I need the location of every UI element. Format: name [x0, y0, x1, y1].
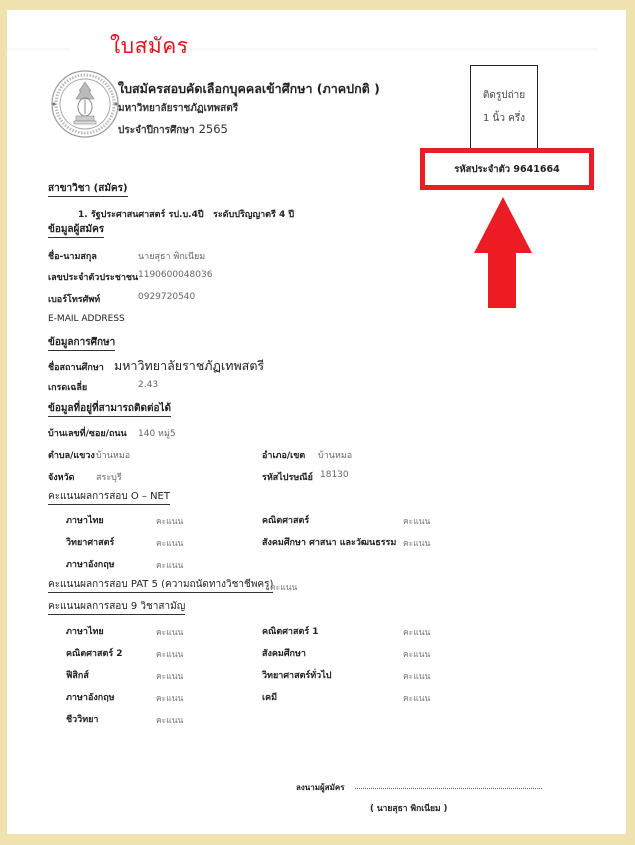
subject-label: เคมี — [262, 690, 277, 704]
subject-score: คะแนน — [403, 669, 430, 683]
university-seal-icon — [50, 69, 120, 139]
phone-value-text: 0929720540 — [138, 292, 195, 302]
subject-label-text: ภาษาอังกฤษ — [66, 560, 115, 570]
applicant-code-value: 9641664 — [513, 164, 559, 175]
subject-label: ภาษาอังกฤษ — [66, 557, 115, 571]
subject-score-text: คะแนน — [156, 694, 183, 704]
signature-name: ( นายสุธา พิกเนียม ) — [370, 801, 447, 815]
university-name: มหาวิทยาลัยราชภัฏเทพสตรี — [118, 101, 238, 116]
subject-label-text: ภาษาไทย — [66, 627, 104, 637]
postcode-value: 18130 — [320, 470, 349, 480]
subject-score-text: คะแนน — [156, 561, 183, 571]
subject-label: ฟิสิกส์ — [66, 668, 89, 682]
subject-label: ภาษาไทย — [66, 624, 104, 638]
phone-label-text: เบอร์โทรศัพท์ — [48, 295, 100, 305]
page-title: ใบสมัคร — [110, 30, 189, 63]
photo-placeholder: ติดรูปถ่าย 1 นิ้ว ครึ่ง — [470, 65, 538, 159]
degree-level: ระดับปริญญาตรี 4 ปี — [213, 207, 294, 221]
major-choice-text: 1. รัฐประศาสนศาสตร์ รป.บ.4ปี — [78, 210, 204, 220]
subject-score: คะแนน — [156, 514, 183, 528]
name-label-text: ชื่อ-นามสกุล — [48, 252, 97, 262]
signature-label-text: ลงนามผู้สมัคร — [296, 783, 345, 792]
subject-label-text: ชีววิทยา — [66, 715, 98, 725]
house-value-text: 140 หมู่5 — [138, 429, 176, 439]
major-choice: 1. รัฐประศาสนศาสตร์ รป.บ.4ปี — [78, 207, 204, 221]
gpa-value: 2.43 — [138, 380, 158, 390]
gpa-value-text: 2.43 — [138, 380, 158, 390]
school-value: มหาวิทยาลัยราชภัฏเทพสตรี — [114, 356, 264, 376]
subject-score-text: คะแนน — [156, 628, 183, 638]
subject-label-text: คณิตศาสตร์ — [262, 516, 309, 526]
subject-score: คะแนน — [403, 691, 430, 705]
section-pat5-heading: คะแนนผลการสอบ PAT 5 (ความถนัดทางวิชาชีพค… — [48, 579, 273, 593]
province-value-text: สระบุรี — [96, 473, 122, 483]
subject-score: คะแนน — [156, 625, 183, 639]
subject-score-text: คะแนน — [156, 672, 183, 682]
subject-label: วิทยาศาสตร์ทั่วไป — [262, 668, 331, 682]
name-value: นายสุธา พิกเนียม — [138, 249, 205, 263]
subject-score: คะแนน — [403, 514, 430, 528]
subject-score-text: คะแนน — [156, 539, 183, 549]
pat5-score-text: คะแนน — [270, 583, 297, 593]
name-label: ชื่อ-นามสกุล — [48, 249, 97, 263]
subject-score: คะแนน — [403, 536, 430, 550]
academic-year-label: ประจำปีการศึกษา — [118, 125, 195, 136]
applicant-code-label: รหัสประจำตัว — [454, 162, 510, 177]
email-label: E-MAIL ADDRESS — [48, 314, 125, 324]
subject-score-text: คะแนน — [156, 650, 183, 660]
subject-score-text: คะแนน — [403, 694, 430, 704]
red-up-arrow-icon — [472, 195, 534, 310]
subject-label-text: เคมี — [262, 693, 277, 703]
subject-label: วิทยาศาสตร์ — [66, 535, 114, 549]
house-label-text: บ้านเลขที่/ซอย/ถนน — [48, 429, 127, 439]
postcode-label-text: รหัสไปรษณีย์ — [262, 473, 313, 483]
subject-score-text: คะแนน — [403, 672, 430, 682]
subject-score-text: คะแนน — [403, 650, 430, 660]
subject-label-text: ภาษาอังกฤษ — [66, 693, 115, 703]
citizen-id-label: เลขประจำตัวประชาชน — [48, 270, 138, 284]
postcode-value-text: 18130 — [320, 470, 349, 480]
subject-label: ภาษาอังกฤษ — [66, 690, 115, 704]
subject-label-text: วิทยาศาสตร์ทั่วไป — [262, 671, 331, 681]
section-applicant-heading: ข้อมูลผู้สมัคร — [48, 224, 104, 238]
subject-score: คะแนน — [156, 669, 183, 683]
subject-label-text: สังคมศึกษา ศาสนา และวัฒนธรรม — [262, 538, 396, 548]
citizen-id-value: 1190600048036 — [138, 270, 212, 280]
email-label-text: E-MAIL ADDRESS — [48, 314, 125, 324]
academic-year: ประจำปีการศึกษา2565 — [118, 122, 228, 138]
section-nine-subjects-heading: คะแนนผลการสอบ 9 วิชาสามัญ — [48, 601, 185, 615]
applicant-code-highlight: รหัสประจำตัว 9641664 — [420, 148, 594, 190]
gpa-label-text: เกรดเฉลี่ย — [48, 383, 87, 393]
phone-label: เบอร์โทรศัพท์ — [48, 292, 100, 306]
name-value-text: นายสุธา พิกเนียม — [138, 252, 205, 262]
district-value-text: บ้านหมอ — [318, 451, 352, 461]
subject-label: คณิตศาสตร์ — [262, 513, 309, 527]
signature-name-text: ( นายสุธา พิกเนียม ) — [370, 804, 447, 814]
school-label: ชื่อสถานศึกษา — [48, 360, 104, 374]
subject-score-text: คะแนน — [156, 716, 183, 726]
province-label-text: จังหวัด — [48, 473, 75, 483]
subdistrict-value-text: บ้านหมอ — [96, 451, 130, 461]
photo-instruction-1: ติดรูปถ่าย — [471, 88, 537, 103]
subject-label-text: คณิตศาสตร์ 2 — [66, 649, 123, 659]
subject-label: สังคมศึกษา — [262, 646, 306, 660]
subject-score: คะแนน — [403, 647, 430, 661]
subject-score-text: คะแนน — [403, 517, 430, 527]
subject-score-text: คะแนน — [403, 628, 430, 638]
subject-label-text: สังคมศึกษา — [262, 649, 306, 659]
subject-label: คณิตศาสตร์ 1 — [262, 624, 319, 638]
form-title: ใบสมัครสอบคัดเลือกบุคคลเข้าศึกษา (ภาคปกต… — [118, 79, 380, 99]
subject-score: คะแนน — [156, 558, 183, 572]
citizen-id-label-text: เลขประจำตัวประชาชน — [48, 273, 138, 283]
degree-level-text: ระดับปริญญาตรี 4 ปี — [213, 210, 294, 220]
gpa-label: เกรดเฉลี่ย — [48, 380, 87, 394]
subject-label: คณิตศาสตร์ 2 — [66, 646, 123, 660]
school-value-text: มหาวิทยาลัยราชภัฏเทพสตรี — [114, 358, 264, 373]
subject-score-text: คะแนน — [403, 539, 430, 549]
section-education-heading: ข้อมูลการศึกษา — [48, 337, 115, 351]
district-value: บ้านหมอ — [318, 448, 352, 462]
subject-label-text: วิทยาศาสตร์ — [66, 538, 114, 548]
house-value: 140 หมู่5 — [138, 426, 176, 440]
signature-label: ลงนามผู้สมัคร — [296, 781, 345, 794]
citizen-id-value-text: 1190600048036 — [138, 270, 212, 280]
district-label: อำเภอ/เขต — [262, 448, 305, 462]
subject-label-text: ภาษาไทย — [66, 516, 104, 526]
subject-label-text: คณิตศาสตร์ 1 — [262, 627, 319, 637]
subject-score: คะแนน — [403, 625, 430, 639]
phone-value: 0929720540 — [138, 292, 195, 302]
subdistrict-label: ตำบล/แขวง — [48, 448, 95, 462]
section-address-heading: ข้อมูลที่อยู่ที่สามารถติดต่อได้ — [48, 403, 171, 417]
subject-label: ภาษาไทย — [66, 513, 104, 527]
school-label-text: ชื่อสถานศึกษา — [48, 363, 104, 373]
section-major-heading: สาขาวิชา (สมัคร) — [48, 183, 128, 197]
subject-score-text: คะแนน — [156, 517, 183, 527]
subject-score: คะแนน — [156, 713, 183, 727]
postcode-label: รหัสไปรษณีย์ — [262, 470, 313, 484]
subject-label: ชีววิทยา — [66, 712, 98, 726]
subject-score: คะแนน — [156, 536, 183, 550]
district-label-text: อำเภอ/เขต — [262, 451, 305, 461]
subject-label: สังคมศึกษา ศาสนา และวัฒนธรรม — [262, 535, 396, 549]
subdistrict-label-text: ตำบล/แขวง — [48, 451, 95, 461]
pat5-score: คะแนน — [270, 580, 297, 594]
subject-score: คะแนน — [156, 691, 183, 705]
house-label: บ้านเลขที่/ซอย/ถนน — [48, 426, 127, 440]
academic-year-value: 2565 — [199, 122, 228, 136]
signature-line — [355, 787, 542, 789]
subject-score: คะแนน — [156, 647, 183, 661]
province-label: จังหวัด — [48, 470, 75, 484]
subject-label-text: ฟิสิกส์ — [66, 671, 89, 681]
header-rule-right — [178, 48, 598, 51]
section-onet-heading: คะแนนผลการสอบ O – NET — [48, 491, 170, 505]
subdistrict-value: บ้านหมอ — [96, 448, 130, 462]
header-rule-left — [7, 48, 69, 51]
photo-instruction-2: 1 นิ้ว ครึ่ง — [471, 111, 537, 126]
province-value: สระบุรี — [96, 470, 122, 484]
